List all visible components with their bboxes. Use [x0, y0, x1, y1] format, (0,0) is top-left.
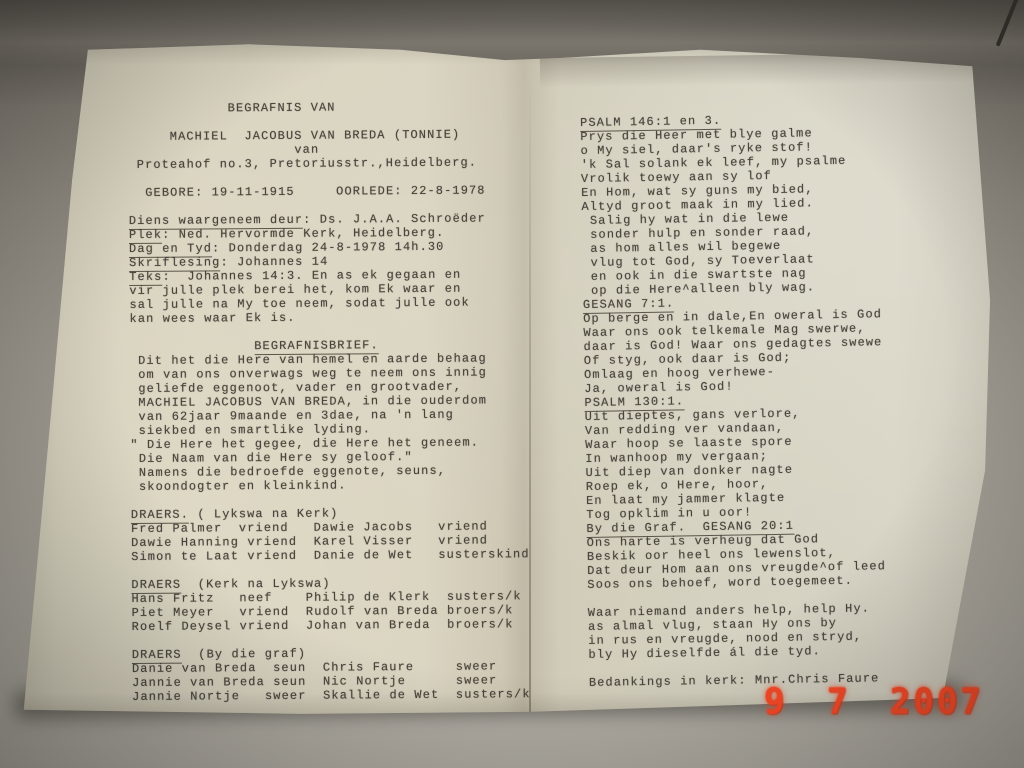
text-line: MACHIEL JACOBUS VAN BREDA, in die ouderd…: [130, 393, 529, 410]
text-line: Diens waargeneem deur: Ds. J.A.A. Schroë…: [129, 211, 528, 228]
text-line: sal julle na My toe neem, sodat julle oo…: [129, 295, 528, 312]
text-line: " Die Here het gegee, die Here het genee…: [130, 435, 529, 452]
text-line: GEBORE: 19-11-1915 OORLEDE: 22-8-1978: [129, 183, 528, 200]
text-line: Jannie Nortje sweer Skallie de Wet suste…: [132, 687, 531, 704]
photo-of-funeral-program: BEGRAFNIS VAN MACHIEL JACOBUS VAN BREDA …: [0, 0, 1024, 768]
text-line: Roelf Deysel vriend Johan van Breda broe…: [132, 617, 531, 634]
page-curl-shadow: [540, 51, 984, 87]
camera-date-stamp: 9 7 2007: [764, 681, 984, 723]
cable-shadow: [996, 0, 1021, 47]
text-line: om van ons onverwags weg te neem ons inn…: [130, 365, 529, 382]
text-line: Simon te Laat vriend Danie de Wet suster…: [131, 547, 530, 564]
text-line: Proteahof no.3, Pretoriusstr.,Heidelberg…: [128, 155, 527, 172]
left-page-text: BEGRAFNIS VAN MACHIEL JACOBUS VAN BREDA …: [128, 99, 531, 704]
right-page-text: PSALM 146:1 en 3.Prys die Heer met blye …: [580, 111, 888, 690]
